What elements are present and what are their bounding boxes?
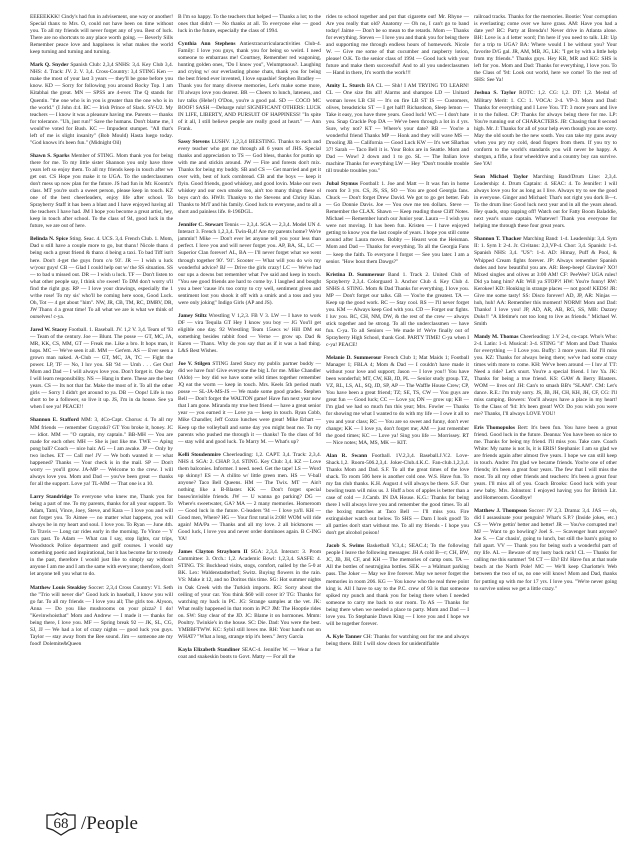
column-1: EEEEEKKK! Cindy's had fun in advisement,… [30, 14, 173, 794]
senior-entry: Mandy M. Thomas Cheerleading: 1.V 2-4, c… [474, 334, 617, 419]
senior-name: Amity L. Sturch [326, 83, 365, 89]
senior-message: Cheerleading: 1,2. CAPT. 3,4. Track: 2,3… [178, 452, 321, 543]
senior-entry: Mark Q. Snyder Spanish Club: 2,3,4 SNHS:… [30, 62, 173, 147]
senior-name: Joe V. Stilgen [178, 361, 210, 367]
senior-entry: B I'm so happy. To the teachers that hel… [178, 14, 321, 35]
senior-message: BA CL — Shh! I AM TRYING TO LEARN! CL — … [326, 83, 469, 174]
senior-message: Football: 1. Joe and Matt — It was fun i… [326, 181, 469, 265]
senior-message: Member of STING. Mom thank you for being… [30, 153, 173, 229]
senior-name: Melanie D. Summerour [326, 355, 381, 361]
senior-entry: Alan R. Swann Football. 1V.2,3,4. Baseba… [326, 453, 469, 538]
senior-name: Belinda N. Spice [30, 236, 68, 242]
senior-entry: Eris Thomopulos Bert: It's been fun. You… [474, 425, 617, 503]
senior-entry: EEEEEKKK! Cindy's had fun in advisement,… [30, 14, 173, 56]
senior-message: SGA: 2,3,4. Interact: 3. Prom Committee:… [178, 549, 321, 640]
senior-name: Jamey Stiltz [178, 313, 207, 319]
senior-entry: Sassy Stevens LUSHV. 1,2,3,4 BEESTING. T… [178, 139, 321, 217]
senior-name: James Clayton Strayhorn II [178, 549, 248, 555]
senior-message: Sting. Seac. 4. UCS. 3,4. French Club. 1… [30, 236, 173, 320]
column-2: B I'm so happy. To the teachers that hel… [178, 14, 321, 794]
senior-name: Jennifer C. Stewart [178, 222, 223, 228]
senior-name: Alan R. Swann [326, 453, 367, 459]
yearbook-page: EEEEEKKK! Cindy's had fun in advisement,… [30, 14, 620, 794]
page-footer: 68 /People [45, 812, 138, 836]
senior-name: Kayla Elizabeth Standiner [178, 647, 240, 653]
senior-message: Marching Band/Drum Line: 2,3,4. Leadersh… [474, 174, 617, 229]
senior-message: Tennis — 2,3,4. SGA — 2,3,4. Model UN 4.… [178, 222, 321, 306]
senior-name: Cynthia Ann Stephens [178, 41, 236, 47]
senior-entry: Larry Standridge To everyone who knew me… [30, 494, 173, 579]
senior-message: Band 1. Track 2. United Club of Sprayber… [326, 272, 469, 348]
column-3: rides to school together and put that ci… [326, 14, 469, 794]
senior-entry: Joe V. Stilgen STING Jared Stacy my publ… [178, 361, 321, 446]
senior-name: Matthew Louis Steakley [30, 585, 87, 591]
senior-entry: Joshua S. Taylor ROTC: 1,2. CG: 1,2. DT:… [474, 90, 617, 168]
senior-entry: Shawn S. Sparks Member of STING. Mom tha… [30, 153, 173, 231]
senior-message: Cheerleading: 1.V 2-4, co-capt. Who's Wh… [474, 334, 617, 418]
senior-message: rides to school together and put that ci… [326, 14, 469, 76]
senior-entry: Kristina D. Summerour Band 1. Track 2. U… [326, 272, 469, 350]
senior-entry: Jacob S. Swims Basketball V.3,4.; SEAC.4… [326, 543, 469, 628]
senior-entry: railroad tracks. Thanks for the memories… [474, 14, 617, 84]
page-number-badge: 68 [45, 812, 77, 836]
senior-entry: A. Kyle Tanner CH: Thanks for watching o… [326, 634, 469, 648]
senior-message: Antiextracurricularactivities Club-4. Fa… [178, 41, 321, 132]
senior-message: To everyone who knew me, Thank you for b… [30, 494, 173, 578]
senior-name: Eris Thomopulos [474, 425, 515, 431]
senior-message: ROTC: 1,2. CG: 1,2. DT: 1,2. Medal of Mi… [474, 90, 617, 166]
senior-message: Marching Band: 1-4. Leadership: 3,4. Sym… [474, 236, 617, 327]
senior-entry: Shannon E. Stafford MM: 3, 4Co-Capt. Cho… [30, 417, 173, 487]
senior-message: B I'm so happy. To the teachers that hel… [178, 14, 321, 34]
section-title: /People [81, 813, 138, 835]
senior-name: Matthew J. Thompson [474, 508, 527, 514]
senior-entry: Matthew Louis Steakley Soccer: 2,3,4 Cro… [30, 585, 173, 648]
senior-entry: Jamey Stiltz Wrestling V 1,2,3. FB V 3. … [178, 313, 321, 355]
senior-entry: Cynthia Ann Stephens Antiextracurricular… [178, 41, 321, 133]
senior-entry: Kelli Stoudenmire Cheerleading: 1,2. CAP… [178, 452, 321, 544]
senior-message: Basketball V.3,4.; SEAC.4; To the follow… [326, 543, 469, 627]
senior-message: Football. 1V.2,3,4. Baseball.J.V.2. Love… [326, 453, 469, 537]
senior-name: Sean Michael Taylor [474, 174, 528, 180]
senior-entry: Sean Michael Taylor Marching Band/Drum L… [474, 174, 617, 230]
senior-entry: Jennifer C. Stewart Tennis — 2,3,4. SGA … [178, 222, 321, 307]
senior-message: Bert: It's been fun. You have been a gre… [474, 425, 617, 501]
senior-entry: Belinda N. Spice Sting. Seac. 4. UCS. 3,… [30, 236, 173, 321]
senior-name: Joshua S. Taylor [474, 90, 516, 96]
senior-name: A. Kyle Tanner [326, 634, 362, 640]
senior-message: Football. 1. Baseball. JV. 1,2 V. 3,4. T… [30, 327, 173, 411]
senior-name: Shannon E. Stafford [30, 417, 79, 423]
senior-entry: James Clayton Strayhorn II SGA: 2,3,4. I… [178, 549, 321, 641]
senior-message: French Club 1; Mat Maids 1; Football Man… [326, 355, 469, 446]
senior-name: Mandy M. Thomas [474, 334, 519, 340]
senior-entry: Shannon T. Thacker Marching Band: 1-4. L… [474, 236, 617, 328]
senior-message: railroad tracks. Thanks for the memories… [474, 14, 617, 83]
senior-entry: Amity L. Sturch BA CL — Shh! I AM TRYING… [326, 83, 469, 175]
senior-message: Wrestling V 1,2,3. FB V 3. LW — I have t… [178, 313, 321, 354]
senior-name: Jared W. Stacey [30, 327, 67, 333]
senior-message: STING Jared Stacy my publix partner budd… [178, 361, 321, 445]
senior-message: Soccer: 2,3,4 Cross Country: V1. Seth th… [30, 585, 173, 647]
senior-entry: Melanie D. Summerour French Club 1; Mat … [326, 355, 469, 447]
senior-message: MM: 3, 4Co-Capt. Chorus: 4. To all my MM… [30, 417, 173, 486]
senior-entry: Jubal Stymus Football: 1. Joe and Matt —… [326, 181, 469, 266]
senior-entry: Matthew J. Thompson Soccer: JV 2,3. Dram… [474, 508, 617, 593]
senior-entry: rides to school together and put that ci… [326, 14, 469, 77]
senior-name: Kristina D. Summerour [326, 272, 385, 278]
senior-name: Jacob S. Swims [326, 543, 364, 549]
senior-entry: Kayla Elizabeth Standiner SEAC-4. Jennif… [178, 647, 321, 661]
page-number: 68 [45, 816, 77, 833]
senior-message: EEEEEKKK! Cindy's had fun in advisement,… [30, 14, 173, 55]
senior-name: Sassy Stevens [178, 139, 210, 145]
senior-name: Mark Q. Snyder [30, 62, 69, 68]
senior-message: Spanish Club: 2,3,4 SNHS: 3,4. Key Club … [30, 62, 173, 146]
senior-entry: Jared W. Stacey Football. 1. Baseball. J… [30, 327, 173, 412]
senior-name: Shawn S. Sparks [30, 153, 69, 159]
senior-name: Kelli Stoudenmire [178, 452, 221, 458]
senior-name: Jubal Stymus [326, 181, 358, 187]
column-4: railroad tracks. Thanks for the memories… [474, 14, 617, 794]
senior-name: Larry Standridge [30, 494, 72, 500]
senior-message: Soccer: JV 2,3. Drama: 3,4. JAS — oh, di… [474, 508, 617, 592]
senior-name: Shannon T. Thacker [474, 236, 521, 242]
senior-message: LUSHV. 1,2,3,4 BEESTING. Thanks to each … [178, 139, 321, 215]
